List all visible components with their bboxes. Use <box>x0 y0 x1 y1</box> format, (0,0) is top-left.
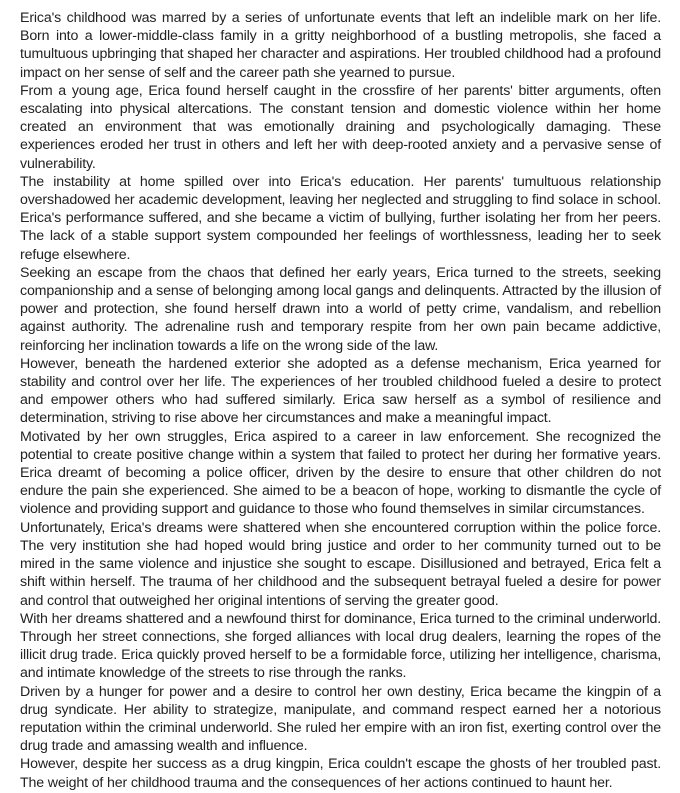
paragraph-3: The instability at home spilled over int… <box>20 173 661 264</box>
document-body: Erica's childhood was marred by a series… <box>20 9 661 792</box>
paragraph-7: Unfortunately, Erica's dreams were shatt… <box>20 519 661 610</box>
paragraph-10: However, despite her success as a drug k… <box>20 755 661 791</box>
paragraph-9: Driven by a hunger for power and a desir… <box>20 683 661 756</box>
paragraph-5: However, beneath the hardened exterior s… <box>20 355 661 428</box>
paragraph-8: With her dreams shattered and a newfound… <box>20 610 661 683</box>
paragraph-1: Erica's childhood was marred by a series… <box>20 9 661 82</box>
paragraph-4: Seeking an escape from the chaos that de… <box>20 264 661 355</box>
paragraph-6: Motivated by her own struggles, Erica as… <box>20 428 661 519</box>
paragraph-2: From a young age, Erica found herself ca… <box>20 82 661 173</box>
